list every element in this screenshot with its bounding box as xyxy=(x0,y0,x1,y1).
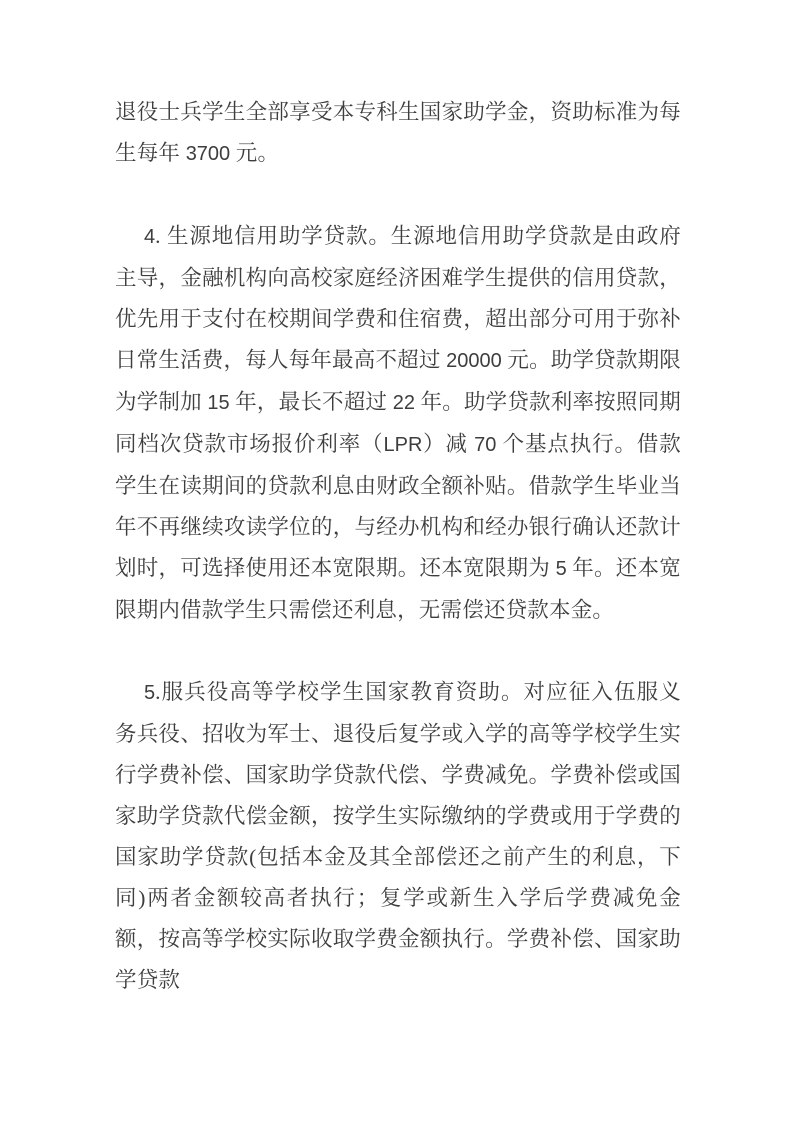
paragraph-aid-standard: 退役士兵学生全部享受本专科生国家助学金，资助标准为每生每年 3700 元。 xyxy=(115,92,681,175)
latin-run: 5 xyxy=(556,558,567,580)
latin-run: 15 xyxy=(207,392,229,414)
latin-run: 5 xyxy=(144,682,155,704)
paragraph-item4-student-origin-loan: 4. 生源地信用助学贷款。生源地信用助学贷款是由政府主导，金融机构向高校家庭经济… xyxy=(115,216,681,631)
latin-run: 4 xyxy=(144,226,155,248)
paragraph-item5-military-service-aid: 5.服兵役高等学校学生国家教育资助。对应征入伍服义务兵役、招收为军士、退役后复学… xyxy=(115,672,681,1001)
latin-run: 70 xyxy=(474,434,496,456)
document-page: 退役士兵学生全部享受本专科生国家助学金，资助标准为每生每年 3700 元。 4.… xyxy=(0,0,793,1122)
latin-run: 3700 xyxy=(186,143,231,165)
latin-run: LPR xyxy=(384,434,423,456)
latin-run: 20000 xyxy=(446,350,502,372)
latin-run: 22 xyxy=(393,392,415,414)
